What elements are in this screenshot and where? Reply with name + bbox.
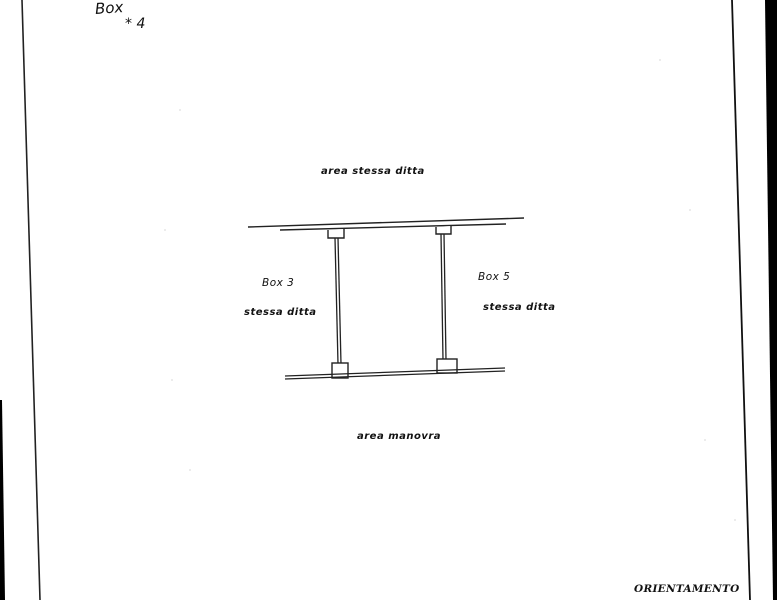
floor-plan-drawing [0, 0, 777, 600]
box-label: Box [94, 0, 124, 18]
pillar-top-left [328, 229, 344, 238]
top-wall-outer [248, 218, 524, 227]
border-right [732, 0, 750, 600]
wall-left-b [338, 238, 341, 364]
orientation-label: ORIENTAMENTO [634, 583, 740, 595]
wall-right-a [441, 234, 443, 360]
right-unit-owner: stessa ditta [483, 302, 556, 313]
pillar-top-right [436, 226, 451, 234]
box-number: * 4 [125, 16, 145, 32]
scan-noise [164, 59, 735, 520]
wall-left-a [335, 238, 338, 364]
pillar-bottom-left [332, 363, 348, 378]
left-unit-owner: stessa ditta [244, 307, 317, 318]
scan-edge-left [0, 400, 5, 600]
right-unit-name: Box 5 [478, 271, 510, 283]
wall-right-b [444, 234, 446, 360]
document-page: Box * 4 area stessa ditta Box 3 stessa d… [0, 0, 777, 600]
top-area-label: area stessa ditta [321, 166, 425, 177]
bottom-area-label: area manovra [357, 431, 441, 442]
scan-edge-right [765, 0, 777, 600]
border-left [22, 0, 40, 600]
left-unit-name: Box 3 [262, 277, 294, 289]
